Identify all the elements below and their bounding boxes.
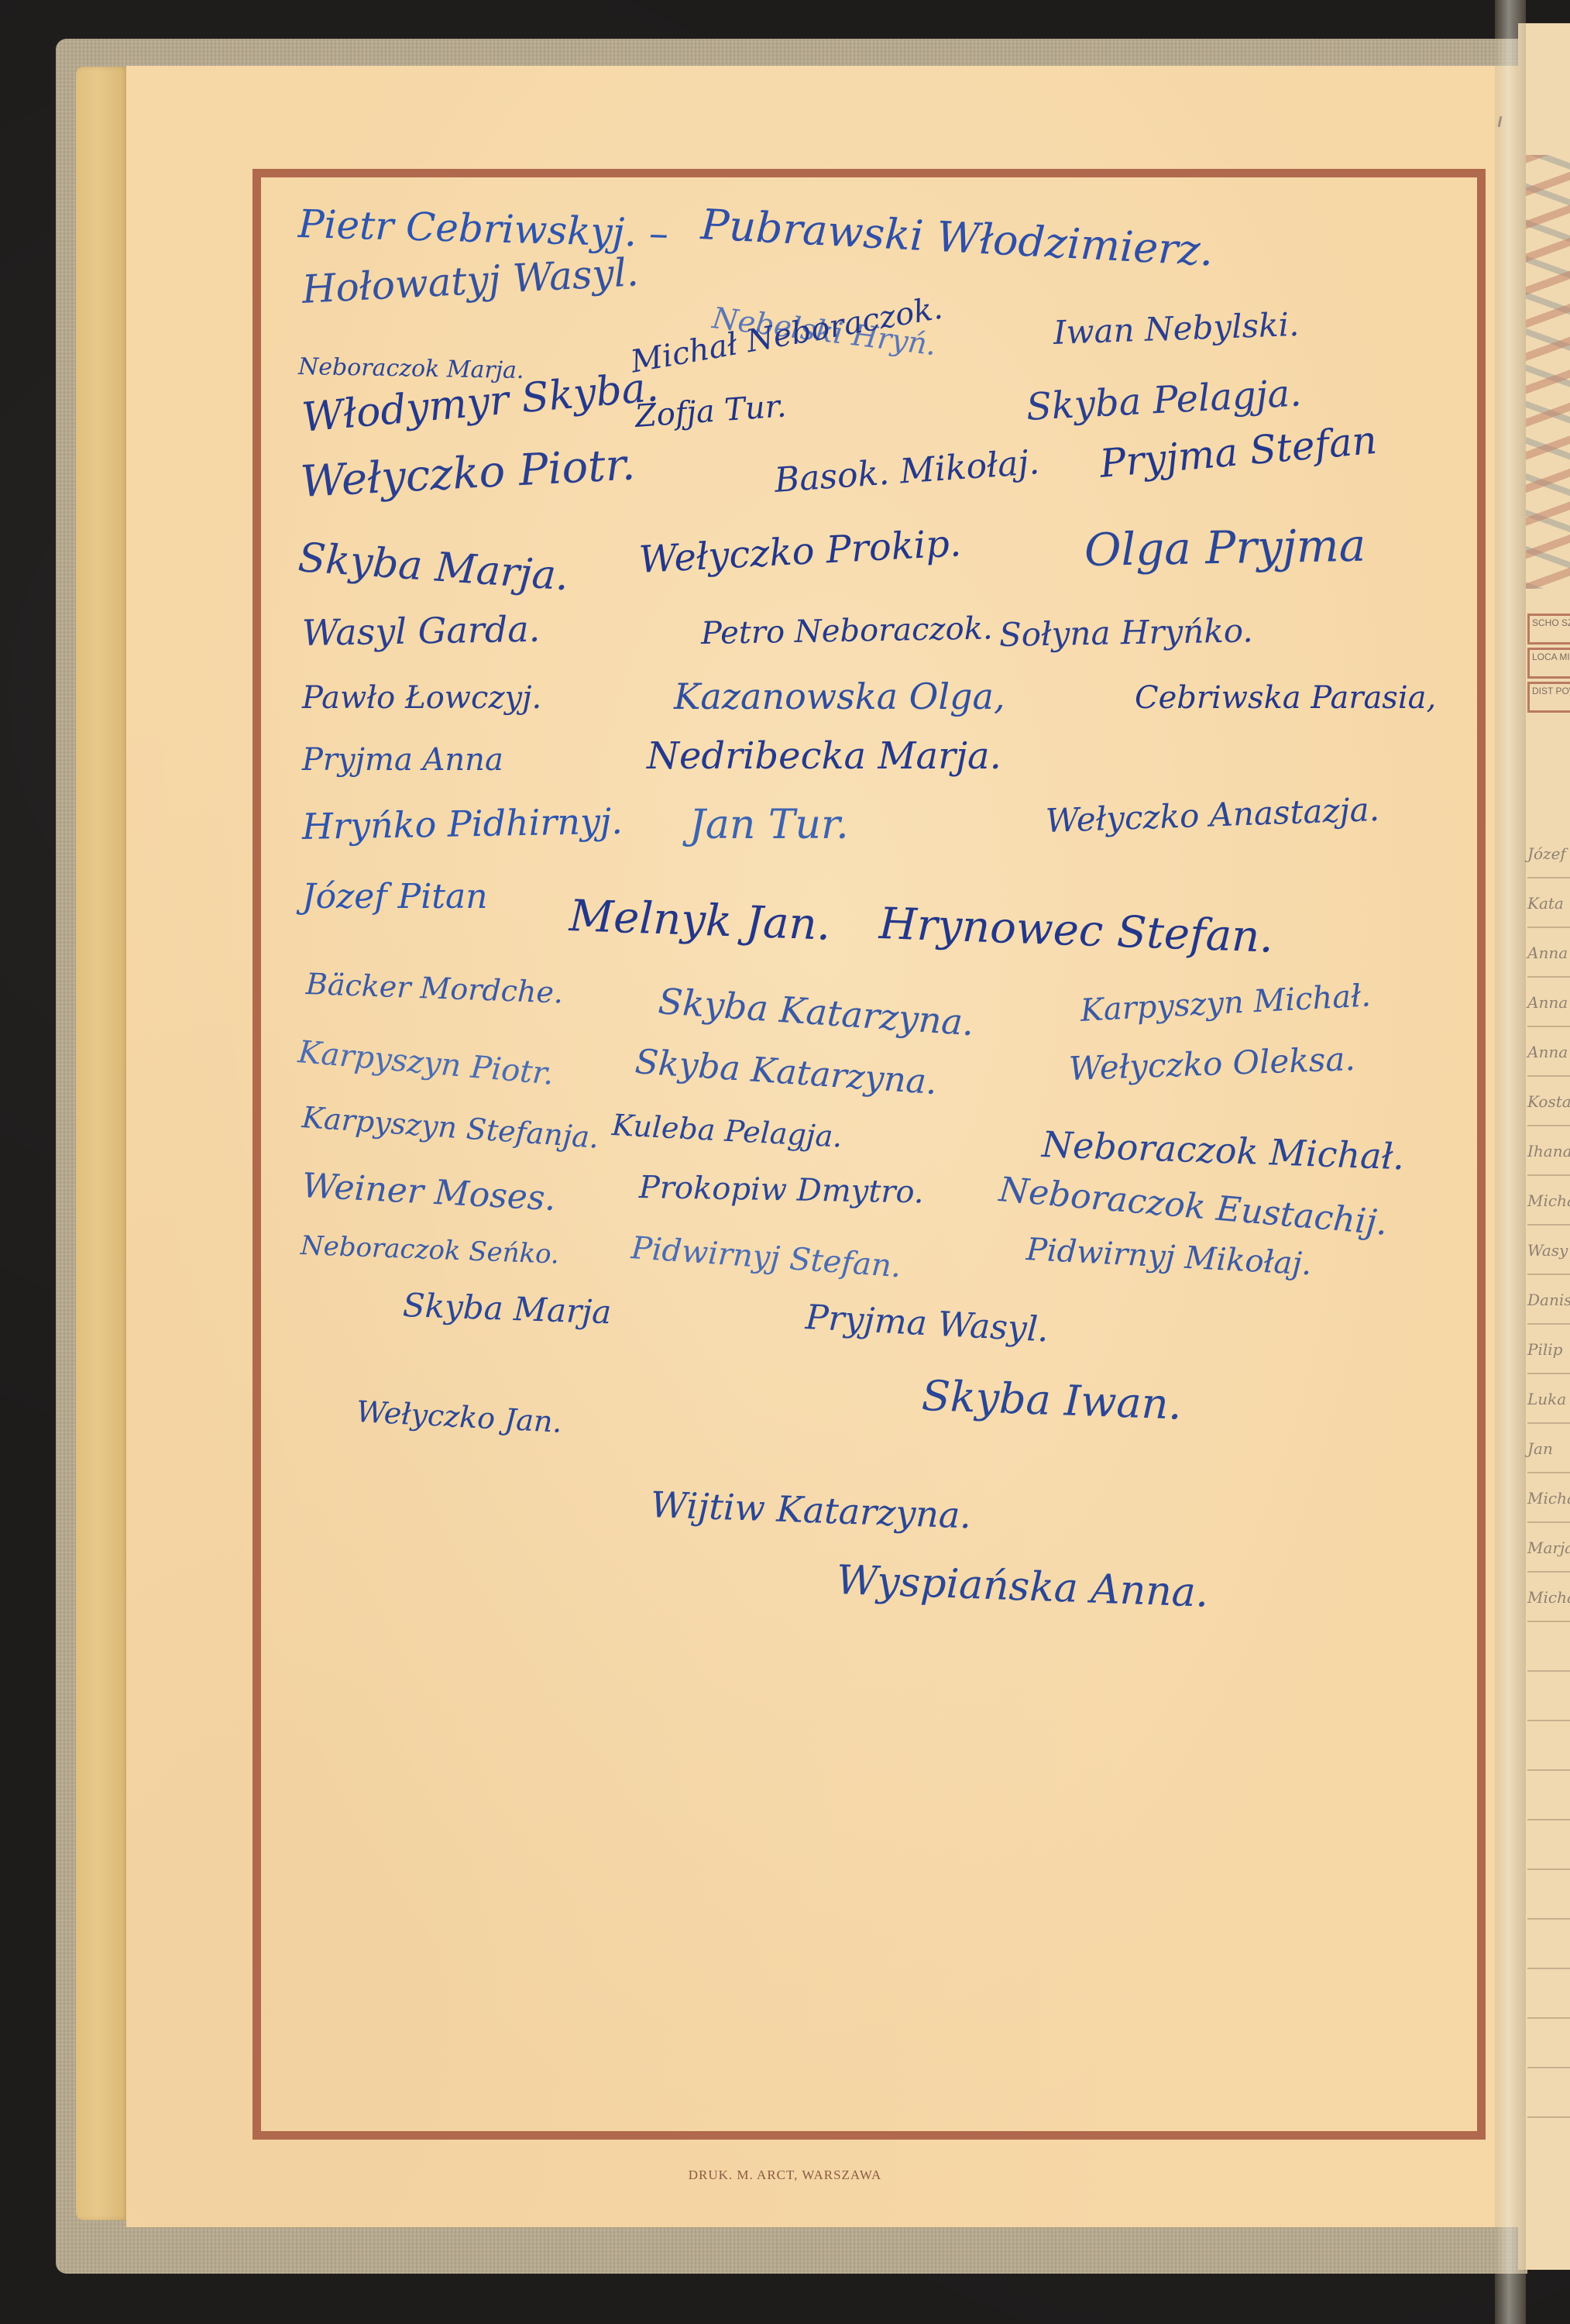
ruled-name: Anna (1527, 1027, 1570, 1077)
signature: Prokopiw Dmytro. (639, 1170, 924, 1210)
label-locality: LOCA MIEJ (1527, 648, 1570, 679)
signature: Nedribecka Marja. (647, 734, 1001, 778)
ruled-name: Luka (1527, 1374, 1570, 1424)
ruled-name: Pilip (1527, 1325, 1570, 1374)
adjacent-ruled-list: Józef Kata Anna Anna Anna Kostan Ihana M… (1527, 829, 1570, 2146)
signature: Sołyna Hryńko. (999, 611, 1253, 654)
signature: Józef Pitan (302, 877, 488, 916)
signature: Cebriwska Parasia, (1135, 680, 1436, 716)
signature: Wasyl Garda. (302, 608, 541, 654)
ruled-name: Anna (1527, 978, 1570, 1027)
label-district: DIST POW (1527, 682, 1570, 713)
ruled-name: Kostan (1527, 1077, 1570, 1126)
signature: Pryjma Anna (302, 742, 503, 778)
signature: Kazanowska Olga, (674, 676, 1005, 717)
book-gutter (1495, 0, 1526, 2324)
ruled-name: Micha (1527, 1473, 1570, 1523)
ruled-name: Kata (1527, 878, 1570, 928)
signature: Hryńko Pidhirnyj. (302, 800, 624, 847)
signature: Olga Pryjma (1084, 519, 1366, 576)
signature: Jan Tur. (689, 802, 849, 848)
ruled-name: Micha (1527, 1573, 1570, 1622)
ruled-name: Jan (1527, 1424, 1570, 1473)
page-edges (76, 67, 129, 2220)
ruled-name: Danisk (1527, 1275, 1570, 1325)
ruled-name: Marja (1527, 1523, 1570, 1573)
signature: Melnyk Jan. (569, 891, 832, 951)
signature: Skyba Marja (402, 1286, 612, 1331)
ruled-name: Micha (1527, 1176, 1570, 1226)
ruled-name: Józef (1527, 829, 1570, 878)
adjacent-page-strip: SCHO SZKO LOCA MIEJ DIST POW Józef Kata … (1518, 23, 1570, 2270)
ruled-name: Wasy (1527, 1226, 1570, 1275)
printer-imprint: DRUK. M. ARCT, WARSZAWA (0, 2168, 1570, 2183)
decorative-ornament (1526, 155, 1570, 589)
signature: Petro Neboraczok. (701, 610, 993, 651)
signature: Skyba Iwan. (921, 1371, 1183, 1429)
adjacent-labels: SCHO SZKO LOCA MIEJ DIST POW (1527, 614, 1570, 716)
label-school: SCHO SZKO (1527, 614, 1570, 645)
ruled-name: Anna (1527, 928, 1570, 978)
ruled-name: Ihana (1527, 1126, 1570, 1176)
signature: Pawło Łowczyj. (302, 680, 541, 716)
